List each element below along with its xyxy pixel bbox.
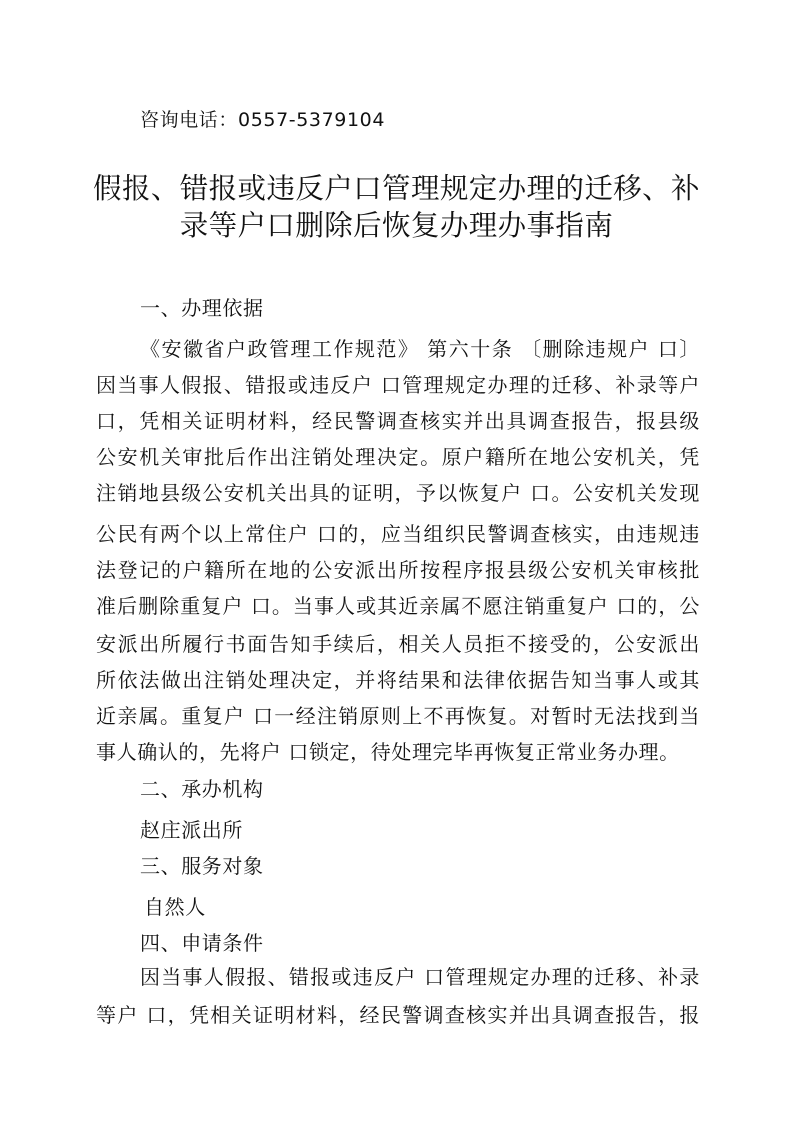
agency-name: 赵庄派出所 (140, 818, 243, 842)
basis-paragraph-line: 事人确认的，先将户 口锁定，待处理完毕再恢复正常业务办理。 (96, 740, 700, 764)
section-heading-conditions: 四、申请条件 (140, 931, 264, 955)
document-title-line-1: 假报、错报或违反户口管理规定办理的迁移、补 (0, 172, 793, 206)
basis-paragraph-line: 公安机关审批后作出注销处理决定。原户籍所在地公安机关，凭 (96, 445, 700, 469)
basis-paragraph-line: 安派出所履行书面告知手续后，相关人员拒不接受的，公安派出 (96, 632, 700, 656)
basis-paragraph-line: 公民有两个以上常住户 口的，应当组织民警调查核实，由违规违 (96, 522, 700, 546)
basis-paragraph-line: 法登记的户籍所在地的公安派出所按程序报县级公安机关审核批 (96, 558, 700, 582)
conditions-paragraph-line: 等户 口，凭相关证明材料，经民警调查核实并出具调查报告，报 (96, 1003, 700, 1027)
section-heading-basis: 一、办理依据 (140, 296, 264, 320)
consult-phone: 咨询电话：0557-5379104 (140, 108, 385, 132)
basis-paragraph-line: 注销地县级公安机关出具的证明，予以恢复户 口。公安机关发现 (96, 481, 700, 505)
basis-paragraph-line: 因当事人假报、错报或违反户 口管理规定办理的迁移、补录等户 (96, 373, 700, 397)
basis-paragraph-line: 近亲属。重复户 口一经注销原则上不再恢复。对暂时无法找到当 (96, 704, 700, 728)
service-target-value: 自然人 (144, 895, 206, 919)
basis-paragraph-line: 所依法做出注销处理决定，并将结果和法律依据告知当事人或其 (96, 668, 700, 692)
basis-paragraph-line: 准后删除重复户 口。当事人或其近亲属不愿注销重复户 口的，公 (96, 594, 700, 618)
basis-paragraph-line: 口，凭相关证明材料，经民警调查核实并出具调查报告，报县级 (96, 409, 700, 433)
document-title-line-2: 录等户口删除后恢复办理办事指南 (0, 209, 793, 243)
section-heading-agency: 二、承办机构 (140, 777, 264, 801)
conditions-paragraph-line: 因当事人假报、错报或违反户 口管理规定办理的迁移、补录 (140, 965, 700, 989)
basis-paragraph-line: 《安徽省户政管理工作规范》 第六十条 〔删除违规户 口〕 (140, 337, 700, 361)
section-heading-service-target: 三、服务对象 (140, 854, 264, 878)
